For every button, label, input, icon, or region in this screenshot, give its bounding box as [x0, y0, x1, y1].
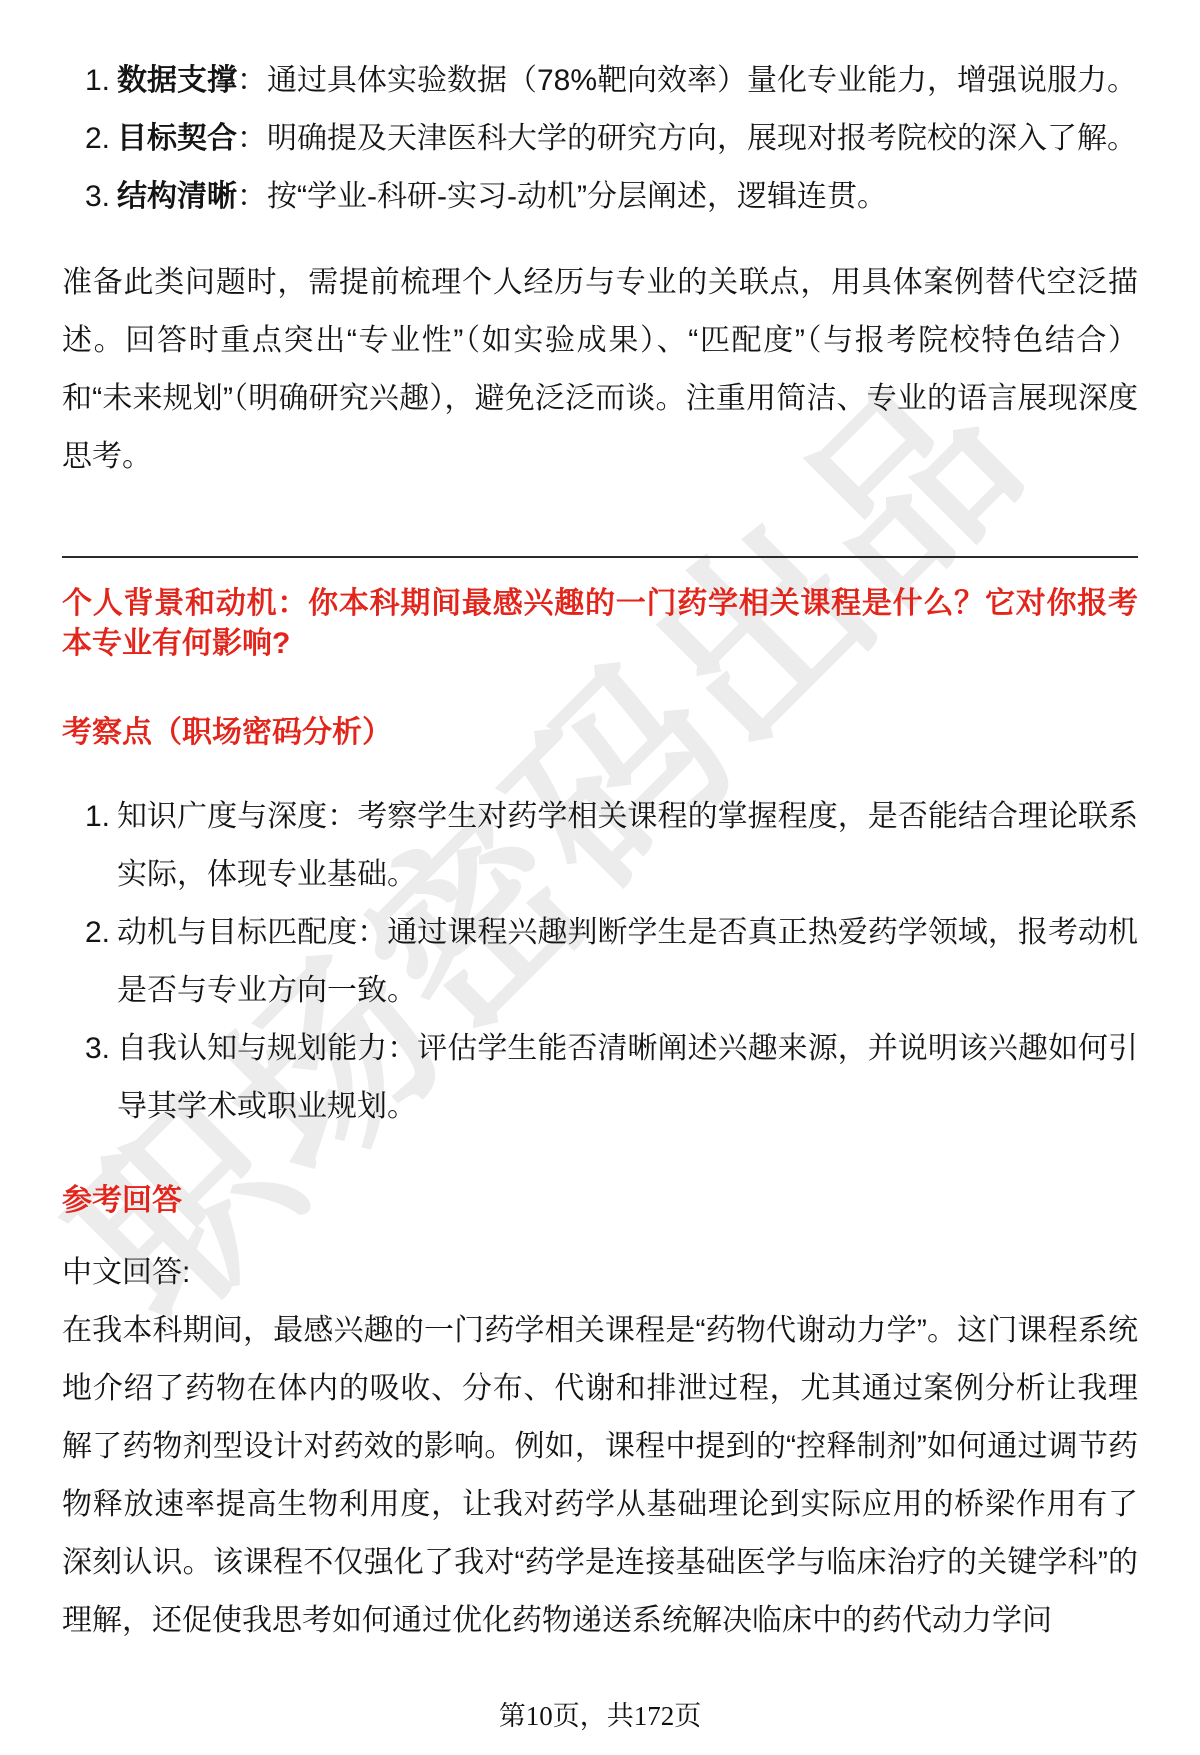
list-item-text: ：通过具体实验数据（78%靶向效率）量化专业能力，增强说服力。 — [237, 64, 1137, 97]
list-item-label: 目标契合 — [117, 122, 237, 155]
document-page: 职场密码出品 1. 数据支撑：通过具体实验数据（78%靶向效率）量化专业能力，增… — [0, 0, 1200, 1755]
list-item-text: 知识广度与深度：考察学生对药学相关课程的掌握程度，是否能结合理论联系实际，体现专… — [117, 800, 1138, 891]
list-item-text: ：按“学业-科研-实习-动机”分层阐述，逻辑连贯。 — [237, 180, 887, 213]
list-marker: 3. — [85, 168, 110, 226]
strengths-list: 1. 数据支撑：通过具体实验数据（78%靶向效率）量化专业能力，增强说服力。 2… — [62, 52, 1138, 226]
list-item-label: 数据支撑 — [117, 64, 237, 97]
list-item-text: 自我认知与规划能力：评估学生能否清晰阐述兴趣来源，并说明该兴趣如何引导其学术或职… — [117, 1032, 1138, 1123]
page-number-indicator: 第10页，共172页 — [0, 1694, 1200, 1733]
question-heading: 个人背景和动机：你本科期间最感兴趣的一门药学相关课程是什么？它对你报考本专业有何… — [62, 584, 1138, 664]
list-item: 1. 知识广度与深度：考察学生对药学相关课程的掌握程度，是否能结合理论联系实际，… — [62, 788, 1138, 904]
list-item-text: ：明确提及天津医科大学的研究方向，展现对报考院校的深入了解。 — [237, 122, 1137, 155]
reference-answer-heading: 参考回答 — [62, 1182, 1138, 1220]
section-divider — [62, 556, 1138, 558]
list-item: 2. 动机与目标匹配度：通过课程兴趣判断学生是否真正热爱药学领域，报考动机是否与… — [62, 904, 1138, 1020]
list-marker: 1. — [85, 788, 110, 846]
list-marker: 2. — [85, 110, 110, 168]
answer-language-label: 中文回答: — [62, 1244, 1138, 1302]
list-marker: 2. — [85, 904, 110, 962]
exam-points-list: 1. 知识广度与深度：考察学生对药学相关课程的掌握程度，是否能结合理论联系实际，… — [62, 788, 1138, 1136]
list-item: 1. 数据支撑：通过具体实验数据（78%靶向效率）量化专业能力，增强说服力。 — [62, 52, 1138, 110]
list-marker: 3. — [85, 1020, 110, 1078]
exam-points-heading: 考察点（职场密码分析） — [62, 714, 1138, 752]
list-item: 3. 自我认知与规划能力：评估学生能否清晰阐述兴趣来源，并说明该兴趣如何引导其学… — [62, 1020, 1138, 1136]
list-item: 2. 目标契合：明确提及天津医科大学的研究方向，展现对报考院校的深入了解。 — [62, 110, 1138, 168]
page-content: 1. 数据支撑：通过具体实验数据（78%靶向效率）量化专业能力，增强说服力。 2… — [0, 0, 1200, 1650]
advice-paragraph: 准备此类问题时，需提前梳理个人经历与专业的关联点，用具体案例替代空泛描述。回答时… — [62, 254, 1138, 486]
answer-body-paragraph: 在我本科期间，最感兴趣的一门药学相关课程是“药物代谢动力学”。这门课程系统地介绍… — [62, 1302, 1138, 1650]
list-item: 3. 结构清晰：按“学业-科研-实习-动机”分层阐述，逻辑连贯。 — [62, 168, 1138, 226]
list-marker: 1. — [85, 52, 110, 110]
list-item-text: 动机与目标匹配度：通过课程兴趣判断学生是否真正热爱药学领域，报考动机是否与专业方… — [117, 916, 1138, 1007]
list-item-label: 结构清晰 — [117, 180, 237, 213]
